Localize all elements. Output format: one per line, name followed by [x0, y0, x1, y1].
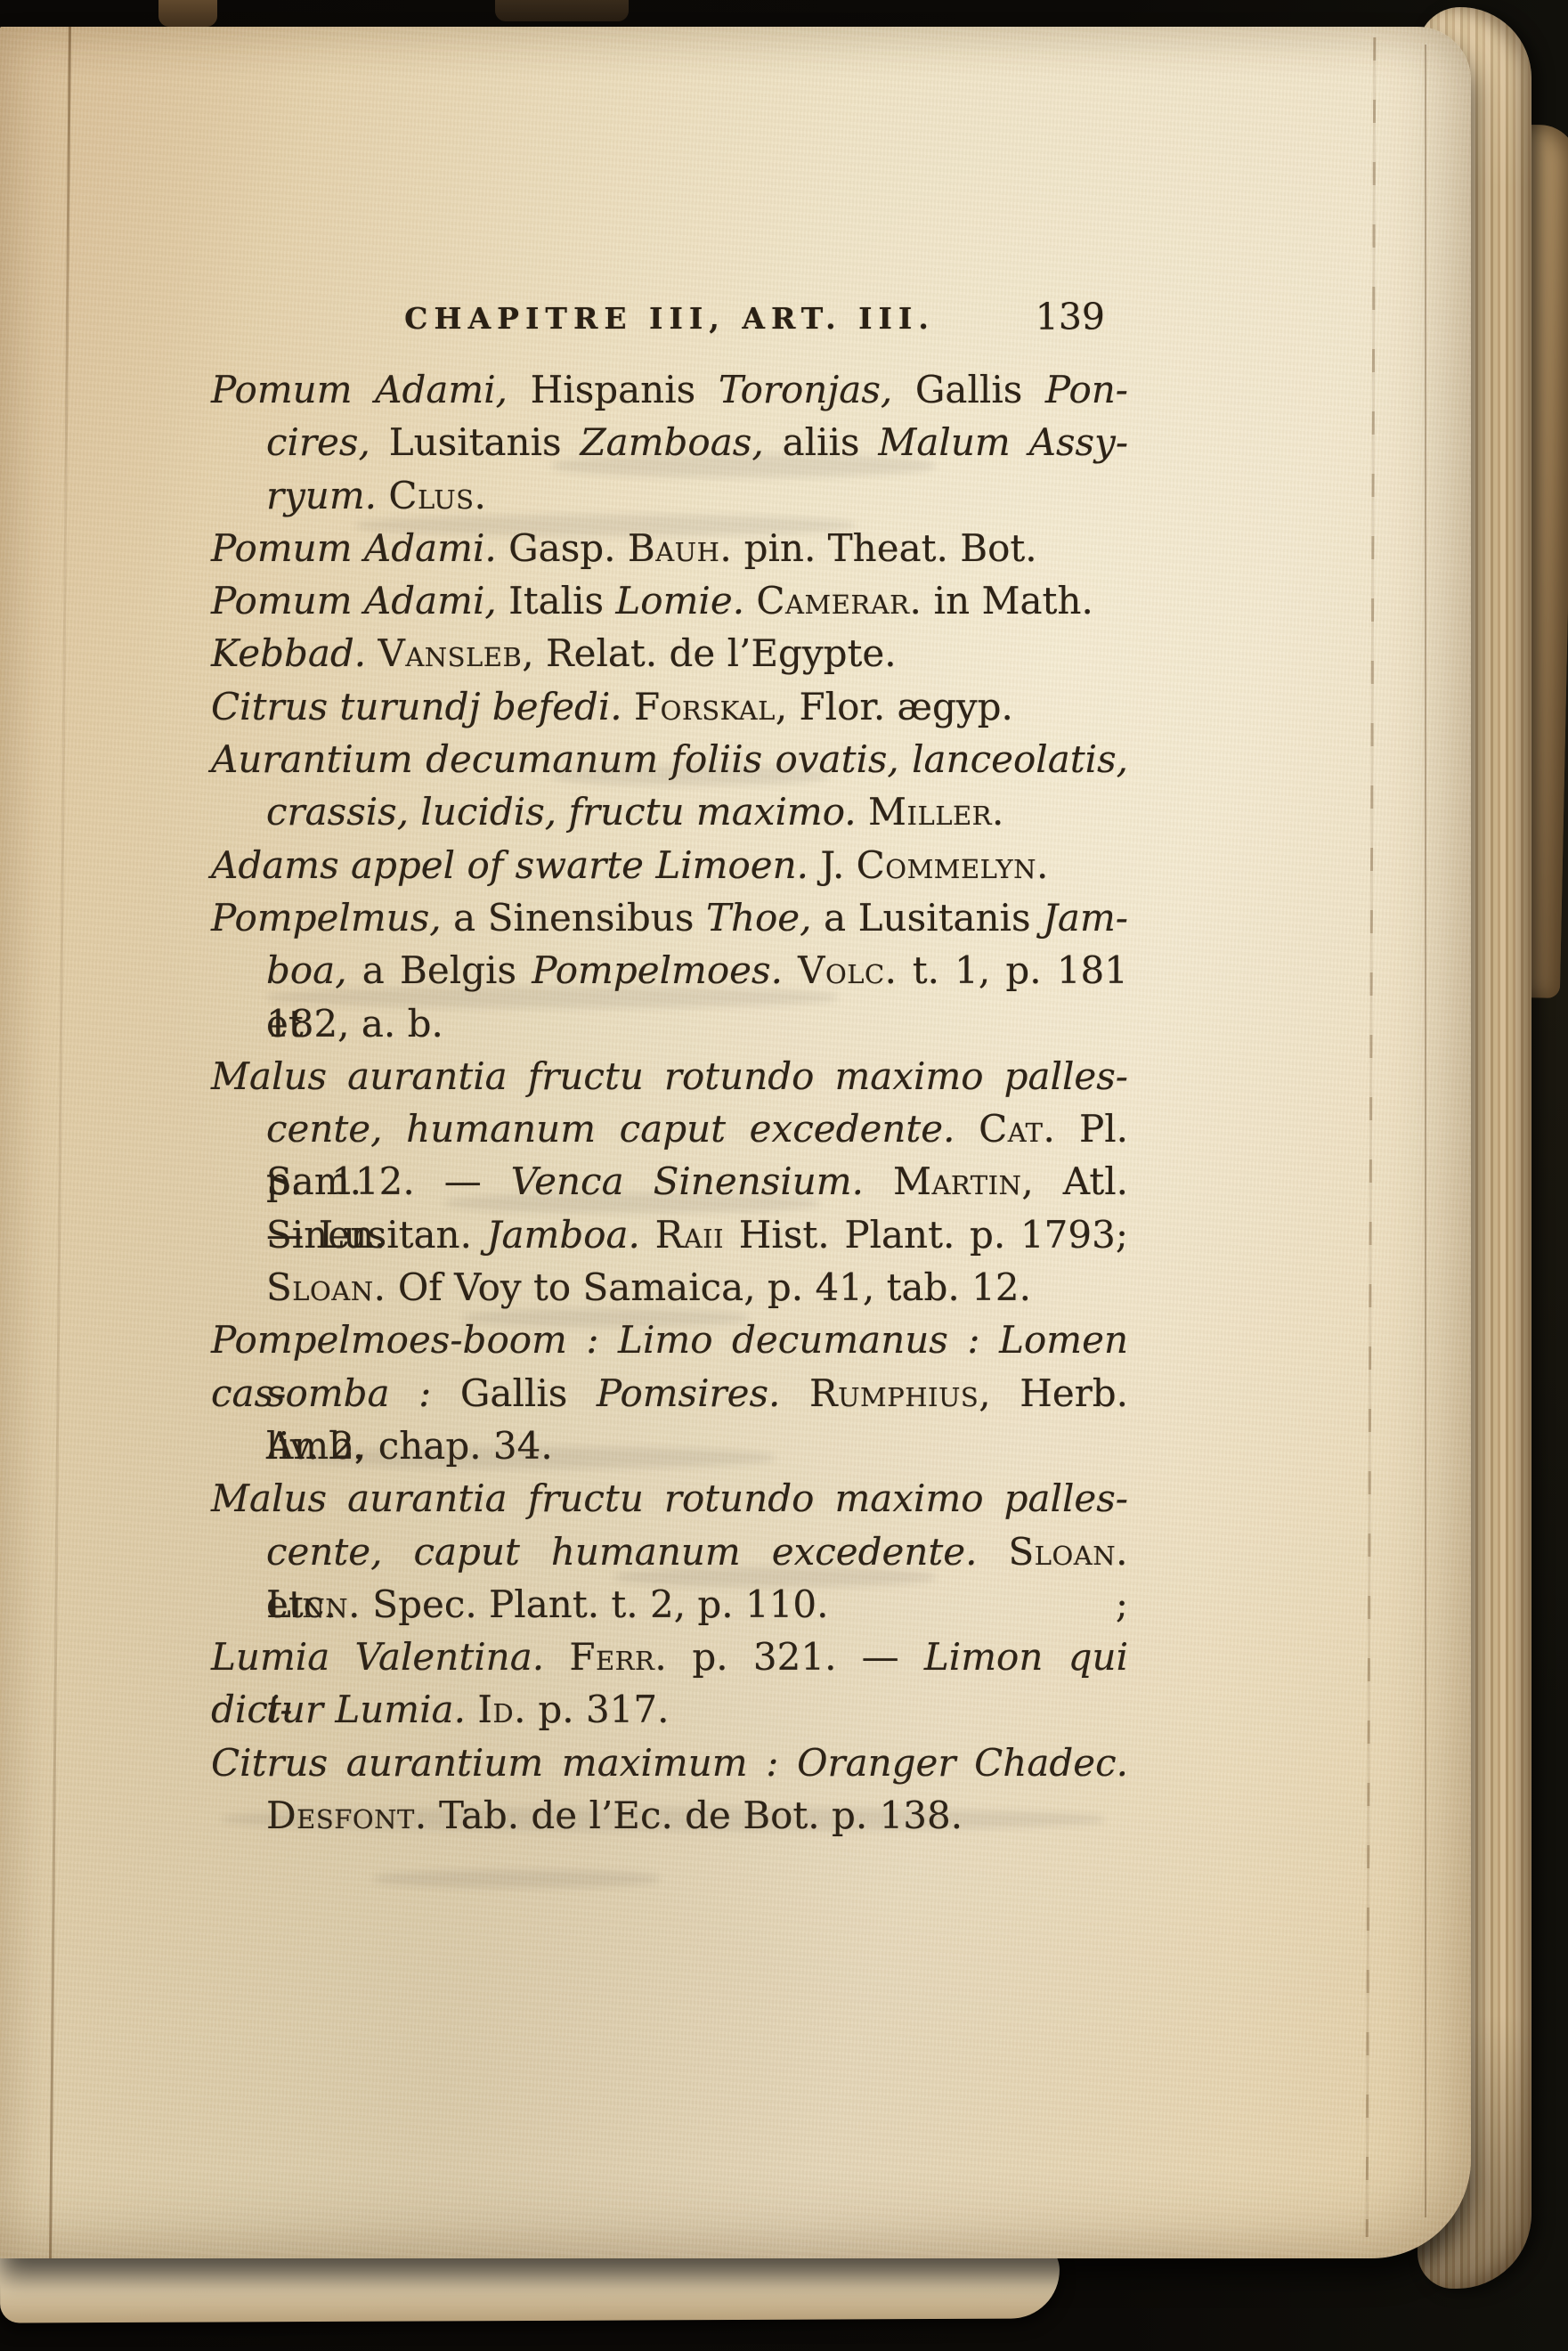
text-line: Aurantium decumanum foliis ovatis, lance… — [211, 733, 1128, 785]
text-run: Forskal — [634, 685, 776, 728]
text-run: Lumia Valentina. — [211, 1635, 544, 1679]
text-run: Gallis — [431, 1371, 597, 1415]
citation-entry: Adams appel of swarte Limoen. J. Commely… — [211, 839, 1128, 891]
citation-entry: Malus aurantia fructu rotundo maximo pal… — [211, 1050, 1128, 1314]
text-run — [955, 1107, 979, 1151]
chapter-heading: CHAPITRE III, ART. III. — [404, 301, 935, 336]
text-run: Hist. Plant. p. 1793; — [724, 1213, 1128, 1257]
binding-remnant — [495, 0, 629, 21]
text-run — [780, 1371, 809, 1415]
text-line: Adams appel of swarte Limoen. J. Commely… — [211, 839, 1128, 891]
text-line: Citrus turundj befedi. Forskal, Flor. æg… — [211, 680, 1128, 733]
text-run: cires, — [266, 420, 370, 464]
text-run — [744, 579, 756, 622]
text-line: somba : Gallis Pomsires. Rumphius, Herb.… — [211, 1367, 1128, 1420]
text-run: Malum Assy- — [878, 420, 1128, 464]
text-run: Miller. — [868, 790, 1004, 834]
text-run — [783, 948, 798, 992]
text-run: Rumphius — [809, 1371, 979, 1415]
text-run: pin. Theat. Bot. — [732, 526, 1036, 570]
text-run: crassis, lucidis, fructu maximo. — [266, 790, 857, 834]
citation-entry: Pomum Adami, Hispanis Toronjas, Gallis P… — [211, 363, 1128, 522]
text-line: p. 112. — Venca Sinensium. Martin, Atl. … — [211, 1155, 1128, 1208]
text-run: Sloan. — [266, 1265, 386, 1309]
text-run: cente, caput humanum excedente. — [266, 1530, 978, 1574]
text-line: cente, caput humanum excedente. Sloan. e… — [211, 1525, 1128, 1578]
citation-entry: Lumia Valentina. Ferr. p. 321. — Limon q… — [211, 1631, 1128, 1737]
text-run: Ferr. — [569, 1635, 667, 1679]
page-number: 139 — [1036, 296, 1105, 338]
text-line: Malus aurantia fructu rotundo maximo pal… — [211, 1472, 1128, 1525]
text-line: 182, a. b. — [211, 997, 1128, 1050]
page-content: CHAPITRE III, ART. III. 139 Pomum Adami,… — [211, 301, 1128, 1842]
text-run: Desfont. — [266, 1794, 427, 1837]
text-run: Volc. — [798, 948, 897, 992]
text-line: Pompelmoes-boom : Limo decumanus : Lomen… — [211, 1314, 1128, 1366]
text-run: Toronjas, — [719, 368, 892, 411]
text-line: Pomum Adami, Hispanis Toronjas, Gallis P… — [211, 363, 1128, 416]
text-run: somba : — [266, 1371, 431, 1415]
text-run: Id. — [477, 1688, 526, 1731]
text-run — [377, 474, 388, 517]
text-line: Pomum Adami. Gasp. Bauh. pin. Theat. Bot… — [211, 522, 1128, 574]
text-line: Sloan. Of Voy to Samaica, p. 41, tab. 12… — [211, 1261, 1128, 1314]
text-run: in Math. — [922, 579, 1093, 622]
text-run: ryum. — [266, 474, 377, 517]
text-run: Bauh. — [628, 526, 732, 570]
citation-entry: Pompelmoes-boom : Limo decumanus : Lomen… — [211, 1314, 1128, 1472]
citation-entry: Aurantium decumanum foliis ovatis, lance… — [211, 733, 1128, 839]
text-run: Pompelmoes. — [532, 948, 783, 992]
text-run: a Lusitanis — [812, 896, 1044, 940]
text-run: Sloan. — [1009, 1530, 1128, 1574]
citation-entry: Pomum Adami, Italis Lomie. Camerar. in M… — [211, 574, 1128, 627]
text-line: Citrus aurantium maximum : Oranger Chade… — [211, 1737, 1128, 1789]
text-line: cente, humanum caput excedente. Cat. Pl.… — [211, 1102, 1128, 1155]
text-run: J. — [808, 843, 857, 887]
text-run: Thoe, — [706, 896, 812, 940]
text-run — [366, 631, 378, 675]
text-line: liv. 2, chap. 34. — [211, 1420, 1128, 1472]
bleedthrough-smudge — [374, 1870, 659, 1888]
text-run: a Belgis — [347, 948, 532, 992]
text-line: cires, Lusitanis Zamboas, aliis Malum As… — [211, 416, 1128, 468]
text-run: , Relat. de l’Egypte. — [522, 631, 896, 675]
stitch-crease — [1366, 37, 1377, 2237]
text-run: Citrus turundj befedi. — [211, 685, 622, 728]
text-run: Pon- — [1045, 368, 1128, 411]
citation-entry: Citrus turundj befedi. Forskal, Flor. æg… — [211, 680, 1128, 733]
text-block: Pomum Adami, Hispanis Toronjas, Gallis P… — [211, 363, 1128, 1842]
text-run: Malus aurantia fructu rotundo maximo pal… — [211, 1054, 1128, 1098]
text-run — [857, 790, 868, 834]
text-run: liv. 2, chap. 34. — [266, 1424, 553, 1468]
text-run: Clus. — [388, 474, 486, 517]
citation-entry: Citrus aurantium maximum : Oranger Chade… — [211, 1737, 1128, 1843]
text-run: , Flor. ægyp. — [776, 685, 1013, 728]
text-line: Malus aurantia fructu rotundo maximo pal… — [211, 1050, 1128, 1102]
edge-crease — [1425, 45, 1426, 2217]
text-run: — Lusitan. — [266, 1213, 487, 1257]
text-run: Citrus aurantium maximum : Oranger Chade… — [211, 1741, 1128, 1785]
text-run — [978, 1530, 1009, 1574]
text-run: Jam- — [1043, 896, 1128, 940]
text-run — [466, 1688, 477, 1731]
text-run: Lomie. — [615, 579, 744, 622]
text-run — [622, 685, 634, 728]
text-run: Pomum Adami. — [211, 526, 497, 570]
text-run: Aurantium decumanum foliis ovatis, lance… — [211, 737, 1128, 781]
text-run: Gasp. — [497, 526, 628, 570]
text-run: Of Voy to Samaica, p. 41, tab. 12. — [386, 1265, 1030, 1309]
text-run: Linn. — [266, 1582, 361, 1626]
text-line: boa, a Belgis Pompelmoes. Volc. t. 1, p.… — [211, 944, 1128, 997]
text-run: Spec. Plant. t. 2, p. 110. — [361, 1582, 829, 1626]
citation-entry: Pompelmus, a Sinensibus Thoe, a Lusitani… — [211, 891, 1128, 1050]
text-run: Malus aurantia fructu rotundo maximo pal… — [211, 1476, 1128, 1520]
text-run: boa, — [266, 948, 347, 992]
text-line: Desfont. Tab. de l’Ec. de Bot. p. 138. — [211, 1789, 1128, 1842]
text-run — [640, 1213, 655, 1257]
text-run: Venca Sinensium. — [511, 1159, 864, 1203]
text-run: Raii — [655, 1213, 724, 1257]
text-run: a Sinensibus — [442, 896, 706, 940]
text-run: Jamboa. — [487, 1213, 640, 1257]
text-run: Pomsires. — [597, 1371, 781, 1415]
citation-entry: Pomum Adami. Gasp. Bauh. pin. Theat. Bot… — [211, 522, 1128, 574]
citation-entry: Kebbad. Vansleb, Relat. de l’Egypte. — [211, 627, 1128, 679]
binding-remnant — [158, 0, 217, 27]
left-crease — [49, 27, 71, 2258]
text-run: Martin — [893, 1159, 1021, 1203]
text-run: Pomum Adami, — [211, 579, 497, 622]
text-run: Tab. de l’Ec. de Bot. p. 138. — [427, 1794, 963, 1837]
text-run: Hispanis — [508, 368, 719, 411]
text-line: Lumia Valentina. Ferr. p. 321. — Limon q… — [211, 1631, 1128, 1683]
text-line: crassis, lucidis, fructu maximo. Miller. — [211, 785, 1128, 838]
text-run: p. 317. — [526, 1688, 669, 1731]
text-line: Kebbad. Vansleb, Relat. de l’Egypte. — [211, 627, 1128, 679]
text-run: p. 112. — — [266, 1159, 511, 1203]
citation-entry: Malus aurantia fructu rotundo maximo pal… — [211, 1472, 1128, 1631]
text-line: tur Lumia. Id. p. 317. — [211, 1683, 1128, 1736]
text-run — [864, 1159, 893, 1203]
text-run: Italis — [497, 579, 616, 622]
text-run: Lusitanis — [370, 420, 581, 464]
text-line: — Lusitan. Jamboa. Raii Hist. Plant. p. … — [211, 1208, 1128, 1261]
text-run: Camerar. — [756, 579, 922, 622]
text-run: tur Lumia. — [266, 1688, 466, 1731]
text-run: Zamboas, — [581, 420, 764, 464]
text-line: Pomum Adami, Italis Lomie. Camerar. in M… — [211, 574, 1128, 627]
running-head: CHAPITRE III, ART. III. 139 — [211, 301, 1128, 363]
text-run: Adams appel of swarte Limoen. — [211, 843, 808, 887]
text-run: aliis — [764, 420, 879, 464]
text-run: Pomum Adami, — [211, 368, 508, 411]
text-run — [544, 1635, 569, 1679]
text-line: ryum. Clus. — [211, 469, 1128, 522]
text-run: 182, a. b. — [266, 1002, 443, 1045]
text-run: Gallis — [892, 368, 1045, 411]
text-line: Pompelmus, a Sinensibus Thoe, a Lusitani… — [211, 891, 1128, 944]
book-photo-scene: CHAPITRE III, ART. III. 139 Pomum Adami,… — [0, 0, 1568, 2351]
text-run: Commelyn. — [857, 843, 1049, 887]
text-run: p. 321. — — [667, 1635, 924, 1679]
text-run: Kebbad. — [211, 631, 366, 675]
text-run: cente, humanum caput excedente. — [266, 1107, 955, 1151]
text-run: Pompelmus, — [211, 896, 442, 940]
text-run: Cat. — [979, 1107, 1055, 1151]
text-run: Vansleb — [378, 631, 523, 675]
